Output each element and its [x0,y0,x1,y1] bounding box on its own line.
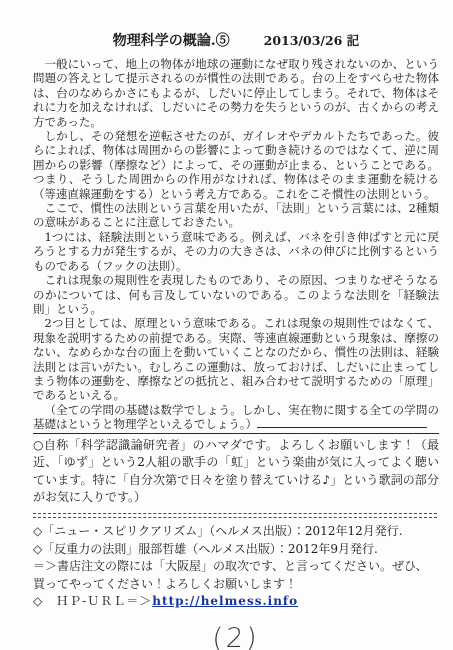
book-item: ◇「反重力の法則」服部哲雄（ヘルメス出版）：2012年9月発行. [33,541,439,559]
paragraph: 1つには、経験法則という意味である。例えば、バネを引き伸ばすと元に戻ろうとする力… [33,230,439,273]
paragraph: ここで、慣性の法則という言葉を用いたが、「法則」という言葉には、2種類の意味があ… [33,201,439,230]
document-page: 物理科学の概論.⑤ 2013/03/26 記 一般にいって、地上の物体が地球の運… [0,0,453,650]
homepage-line: ◇ ＨＰ-ＵＲＬ＝＞http://helmess.info [33,593,439,611]
document-header: 物理科学の概論.⑤ 2013/03/26 記 [33,30,439,50]
paragraph: 一般にいって、地上の物体が地球の運動になぜ取り残されないのか、という問題の答えと… [33,57,439,129]
book-note: ＝＞書店注文の際には「大阪屋」の取次です、と言ってください。ぜひ、買ってやってく… [33,558,439,593]
paragraph: （全ての学問の基礎は数学でしょう。しかし、実在物に関する全ての学問の基礎はという… [33,403,439,432]
paragraph: 2つ目としては、原理という意味である。これは現象の規則性ではなくて、現象を説明す… [33,316,439,402]
paragraph: これは現象の規則性を表現したものであり、その原因、つまりなぜそうなるのかについて… [33,273,439,316]
trailing-rule [257,421,427,428]
book-item: ◇「ニュー・スピリクアリズム」（ヘルメス出版）：2012年12月発行. [33,523,439,541]
paragraph: しかし、その発想を逆転させたのが、ガイレオやデカルトたちであった。彼らによれば、… [33,129,439,201]
page-number: (2) [32,623,440,650]
section-divider [33,433,439,434]
page-title: 物理科学の概論.⑤ [113,30,230,50]
homepage-label: ◇ ＨＰ-ＵＲＬ＝＞ [33,594,152,608]
body-text: 一般にいって、地上の物体が地球の運動になぜ取り残されないのか、という問題の答えと… [33,57,439,432]
dashed-divider [33,513,437,518]
homepage-link[interactable]: http://helmess.info [152,594,298,608]
date-label: 2013/03/26 記 [264,31,360,49]
author-intro: ○自称「科学認識論研究者」のハマダです。よろしくお願いします！（最近、「ゆず」と… [33,437,439,507]
author-note: ○自称「科学認識論研究者」のハマダです。よろしくお願いします！（最近、「ゆず」と… [33,437,439,507]
book-list: ◇「ニュー・スピリクアリズム」（ヘルメス出版）：2012年12月発行. ◇「反重… [33,523,439,611]
